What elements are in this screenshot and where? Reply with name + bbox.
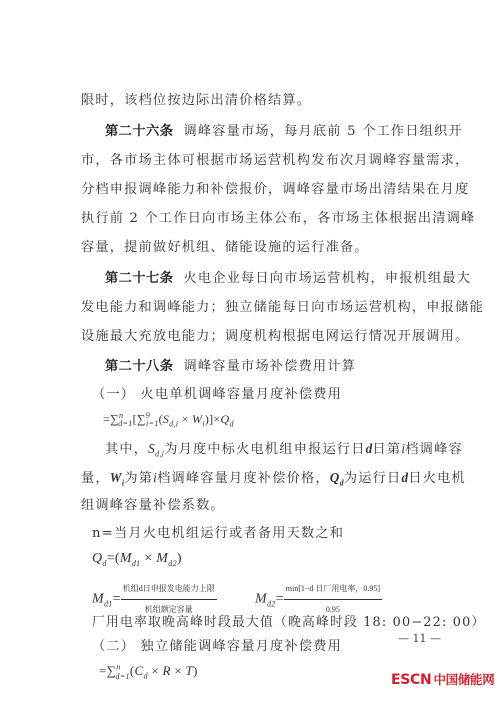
article-27-heading: 第二十七条 [105,271,173,286]
article-28-heading: 第二十八条 [105,359,173,374]
qd-formula: Qd=(Md1 × Md2) [92,550,182,568]
article-27-line: 第二十七条火电企业每日向市场运营机构，申报机组最大 [105,270,471,288]
text-line: 发电能力和调峰能力；独立储能每日向市场运营机构，申报储能 [81,299,484,317]
text-line: 执行前 2 个工作日向市场主体公布，各市场主体根据出清调峰 [81,210,475,228]
text-line: 分档申报调峰能力和补偿报价，调峰容量市场出清结果在月度 [81,181,469,199]
formula-thermal-compensation: =∑nd=1[∑9i=1(Sd,i × Wi)]×Qd [103,410,234,428]
article-28-line: 第二十八条调峰容量市场补偿费用计算 [105,358,356,376]
text-line: 设施最大充放电能力；调度机构根据电网运行情况开展调用。 [81,328,469,346]
page-number: — 11 — [398,632,441,645]
article-26-heading: 第二十六条 [105,124,173,139]
section-1-heading: （一） 火电单机调峰容量月度补偿费用 [92,386,342,404]
section-2-heading: （二） 独立储能调峰容量月度补偿费用 [92,638,342,656]
explanation-line-3: 组调峰容量补偿系数。 [81,497,225,515]
text-line: 限时，该档位按边际出清价格结算。 [81,92,311,110]
text-line: 市，各市场主体可根据市场运营机构发布次月调峰容量需求， [81,152,469,170]
peak-note: 厂用电率取晚高峰时段最大值（晚高峰时段 18: 00−22: 00） [92,614,485,632]
escn-watermark-logo: ESCN中国储能网 [391,670,494,688]
explanation-line-1: 其中，Sd,i为月度中标火电机组申报运行日d日第i档调峰容 [105,440,463,459]
article-26-line: 第二十六条调峰容量市场，每月底前 5 个工作日组织开 [105,123,463,141]
formula-storage-compensation: =∑nd=1(Cd × R × T) [99,662,198,680]
explanation-line-2: 量，Wi为第i档调峰容量月度补偿价格，Qd为运行日d日火电机 [81,469,466,488]
text-line: 容量，提前做好机组、储能设施的运行准备。 [81,239,369,257]
n-definition: n=当月火电机组运行或者备用天数之和 [92,525,344,543]
